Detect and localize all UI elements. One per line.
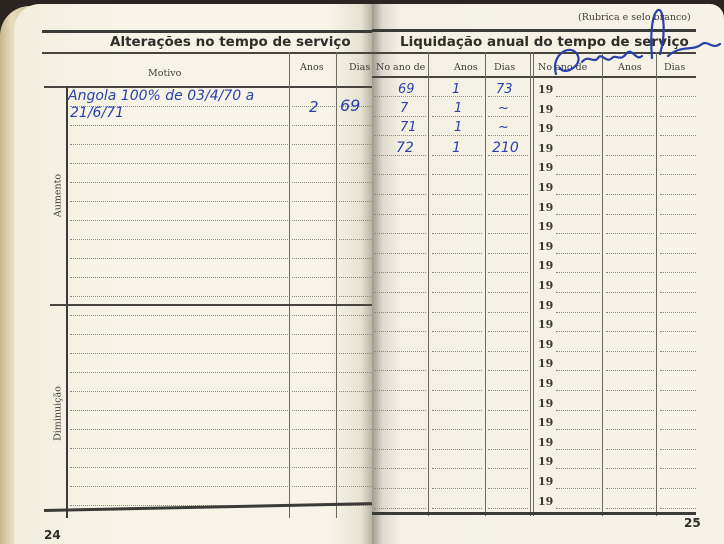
dotted-row-line [556,174,600,175]
dotted-row-line [606,508,654,509]
year-prefix: 19 [538,220,553,233]
col-divider [602,52,603,516]
dotted-row-line [556,312,600,313]
dotted-row-line [432,253,482,254]
dotted-row-line [606,429,654,430]
col-divider [530,52,531,516]
dotted-row-line [339,296,372,297]
dotted-row-line [339,239,372,240]
dotted-row-line [660,174,696,175]
entry-dias: 69 [340,96,360,115]
dotted-row-line [292,201,335,202]
dotted-row-line [556,429,600,430]
dotted-row-line [339,220,372,221]
dotted-row-line [374,429,426,430]
dotted-row-line [70,486,288,487]
dotted-row-line [488,233,528,234]
liq-anos-4: 1 [452,140,461,156]
dotted-row-line [70,296,288,297]
dotted-row-line [660,292,696,293]
dotted-row-line [660,194,696,195]
dotted-row-line [488,331,528,332]
dotted-row-line [488,351,528,352]
dotted-row-line [292,315,335,316]
year-prefix: 19 [538,338,553,351]
dotted-row-line [488,488,528,489]
dotted-row-line [339,315,372,316]
col-anos-left: Anos [454,62,478,73]
dotted-row-line [374,468,426,469]
year-prefix: 19 [538,279,553,292]
dotted-row-line [660,214,696,215]
liq-ano-1: 69 [398,82,415,97]
dotted-row-line [70,182,288,183]
dotted-row-line [339,353,372,354]
dotted-row-line [374,508,426,509]
dotted-row-line [70,220,288,221]
label-aumento: Aumento [53,166,64,226]
section-label-divider [66,86,68,518]
dotted-row-line [292,448,335,449]
dotted-row-line [292,429,335,430]
dotted-row-line [432,449,482,450]
liq-dias-2: ~ [498,101,509,116]
dotted-row-line [292,334,335,335]
dotted-row-line [606,272,654,273]
dotted-row-line [556,331,600,332]
col-motivo: Motivo [148,68,181,79]
dotted-row-line [374,272,426,273]
col-divider-double [533,52,534,516]
dotted-row-line [488,253,528,254]
dotted-row-line [432,292,482,293]
dotted-row-line [606,96,654,97]
col-divider [336,52,337,518]
dotted-row-line [432,370,482,371]
dotted-row-line [556,449,600,450]
dotted-row-line [339,144,372,145]
dotted-row-line [606,370,654,371]
left-page: Alterações no tempo de serviço Motivo An… [14,4,372,544]
liq-dias-4: 210 [492,140,519,156]
dotted-row-line [374,135,426,136]
dotted-row-line [374,194,426,195]
dotted-row-line [660,410,696,411]
dotted-row-line [292,372,335,373]
dotted-row-line [556,351,600,352]
entry-motivo-line2: 21/6/71 [70,105,124,121]
dotted-row-line [660,429,696,430]
entry-motivo-line1: Angola 100% de 03/4/70 a [68,88,254,104]
dotted-row-line [70,258,288,259]
col-divider [485,52,486,516]
year-prefix: 19 [538,416,553,429]
dotted-row-line [556,370,600,371]
year-prefix: 19 [538,240,553,253]
year-prefix: 19 [538,161,553,174]
dotted-row-line [339,125,372,126]
dotted-row-line [660,272,696,273]
dotted-row-line [374,370,426,371]
bottom-rule [44,502,372,512]
dotted-row-line [660,351,696,352]
dotted-row-line [292,486,335,487]
aumento-diminuicao-divider [50,304,372,306]
year-prefix: 19 [538,83,553,96]
dotted-row-line [556,272,600,273]
dotted-row-line [606,488,654,489]
dotted-row-line [556,233,600,234]
dotted-row-line [292,391,335,392]
dotted-row-line [374,174,426,175]
dotted-row-line [488,214,528,215]
dotted-row-line [606,292,654,293]
dotted-row-line [556,194,600,195]
dotted-row-line [660,370,696,371]
col-divider [428,52,429,516]
dotted-row-line [556,116,600,117]
dotted-row-line [339,372,372,373]
dotted-row-line [70,353,288,354]
dotted-row-line [432,468,482,469]
dotted-row-line [339,391,372,392]
dotted-row-line [488,468,528,469]
dotted-row-line [660,96,696,97]
dotted-row-line [339,429,372,430]
dotted-row-line [606,155,654,156]
year-prefix: 19 [538,259,553,272]
dotted-row-line [339,467,372,468]
col-dias: Dias [349,62,370,73]
col-divider [656,52,657,516]
dotted-row-line [606,390,654,391]
dotted-row-line [292,258,335,259]
dotted-row-line [292,144,335,145]
dotted-row-line [339,410,372,411]
dotted-row-line [374,488,426,489]
year-prefix: 19 [538,122,553,135]
dotted-row-line [432,272,482,273]
col-ano-left: No ano de [376,62,425,73]
dotted-row-line [374,312,426,313]
year-prefix: 19 [538,475,553,488]
dotted-row-line [488,410,528,411]
dotted-row-line [432,410,482,411]
dotted-row-line [374,233,426,234]
dotted-row-line [374,449,426,450]
dotted-row-line [556,214,600,215]
dotted-row-line [660,468,696,469]
dotted-row-line [660,508,696,509]
dotted-row-line [488,390,528,391]
dotted-row-line [70,429,288,430]
dotted-row-line [556,155,600,156]
left-page-title: Alterações no tempo de serviço [110,34,351,50]
dotted-row-line [606,116,654,117]
header-rule [42,52,372,54]
year-prefix: 19 [538,103,553,116]
year-prefix: 19 [538,436,553,449]
bottom-rule [372,512,696,515]
dotted-row-line [606,351,654,352]
dotted-row-line [660,116,696,117]
dotted-row-line [556,410,600,411]
dotted-row-line [70,391,288,392]
liq-ano-4: 72 [396,140,414,156]
dotted-row-line [606,449,654,450]
right-page: (Rubrica e selo branco) Liquidação anual… [372,4,724,544]
dotted-row-line [374,351,426,352]
dotted-row-line [292,220,335,221]
dotted-row-line [432,194,482,195]
dotted-row-line [556,135,600,136]
dotted-row-line [488,312,528,313]
signature [542,4,724,84]
dotted-row-line [374,214,426,215]
dotted-row-line [339,334,372,335]
dotted-row-line [556,390,600,391]
col-dias-left: Dias [494,62,515,73]
liq-ano-2: 7 [400,101,408,116]
dotted-row-line [292,467,335,468]
dotted-row-line [606,135,654,136]
dotted-row-line [374,410,426,411]
year-prefix: 19 [538,397,553,410]
dotted-row-line [432,214,482,215]
dotted-row-line [488,135,528,136]
dotted-row-line [606,410,654,411]
dotted-row-line [292,163,335,164]
dotted-row-line [556,468,600,469]
dotted-row-line [660,449,696,450]
dotted-row-line [70,277,288,278]
dotted-row-line [488,194,528,195]
dotted-row-line [432,429,482,430]
dotted-row-line [660,233,696,234]
dotted-row-line [292,353,335,354]
dotted-row-line [292,410,335,411]
dotted-row-line [70,315,288,316]
dotted-row-line [70,448,288,449]
dotted-row-line [432,508,482,509]
year-prefix: 19 [538,357,553,370]
year-prefix: 19 [538,377,553,390]
year-prefix: 19 [538,318,553,331]
page-number-right: 25 [684,516,701,530]
dotted-row-line [660,390,696,391]
dotted-row-line [606,312,654,313]
col-divider [289,52,290,518]
dotted-row-line [339,163,372,164]
dotted-row-line [556,488,600,489]
dotted-row-line [432,351,482,352]
dotted-row-line [606,194,654,195]
dotted-row-line [292,296,335,297]
dotted-row-line [292,239,335,240]
entry-anos: 2 [309,98,319,116]
liq-anos-2: 1 [454,101,462,116]
dotted-row-line [606,214,654,215]
col-anos: Anos [300,62,324,73]
dotted-row-line [374,390,426,391]
label-diminuicao: Diminuição [53,374,64,454]
dotted-row-line [70,144,288,145]
liq-anos-1: 1 [452,82,460,97]
dotted-row-line [556,253,600,254]
dotted-row-line [488,429,528,430]
dotted-row-line [556,508,600,509]
dotted-row-line [660,312,696,313]
dotted-row-line [488,370,528,371]
dotted-row-line [70,372,288,373]
dotted-row-line [488,449,528,450]
dotted-row-line [606,253,654,254]
year-prefix: 19 [538,455,553,468]
dotted-row-line [556,292,600,293]
dotted-row-line [374,253,426,254]
dotted-row-line [339,448,372,449]
dotted-row-line [488,292,528,293]
dotted-row-line [374,292,426,293]
dotted-row-line [488,272,528,273]
dotted-row-line [339,486,372,487]
dotted-row-line [660,253,696,254]
dotted-row-line [292,182,335,183]
dotted-row-line [606,468,654,469]
dotted-row-line [660,135,696,136]
dotted-row-line [70,239,288,240]
dotted-row-line [432,312,482,313]
year-prefix: 19 [538,495,553,508]
dotted-row-line [374,331,426,332]
liq-dias-3: ~ [498,120,509,135]
dotted-row-line [292,125,335,126]
year-prefix: 19 [538,142,553,155]
dotted-row-line [432,390,482,391]
dotted-row-line [488,508,528,509]
dotted-row-line [70,334,288,335]
dotted-row-line [660,488,696,489]
dotted-row-line [70,125,288,126]
year-prefix: 19 [538,181,553,194]
dotted-row-line [488,174,528,175]
dotted-row-line [432,174,482,175]
top-rule [42,30,372,33]
dotted-row-line [606,233,654,234]
year-prefix: 19 [538,299,553,312]
dotted-row-line [432,488,482,489]
dotted-row-line [339,258,372,259]
dotted-row-line [70,467,288,468]
dotted-row-line [339,201,372,202]
dotted-row-line [660,155,696,156]
dotted-row-line [606,174,654,175]
dotted-row-line [432,331,482,332]
dotted-row-line [339,182,372,183]
dotted-row-line [556,96,600,97]
dotted-row-line [606,331,654,332]
dotted-row-line [70,163,288,164]
dotted-row-line [660,331,696,332]
page-number-left: 24 [44,528,61,542]
liq-dias-1: 73 [496,82,513,97]
dotted-row-line [432,233,482,234]
liq-anos-3: 1 [454,120,462,135]
dotted-row-line [339,277,372,278]
dotted-row-line [70,410,288,411]
liq-ano-3: 71 [400,120,417,135]
dotted-row-line [70,201,288,202]
dotted-row-line [292,277,335,278]
dotted-row-line [432,135,482,136]
year-prefix: 19 [538,201,553,214]
